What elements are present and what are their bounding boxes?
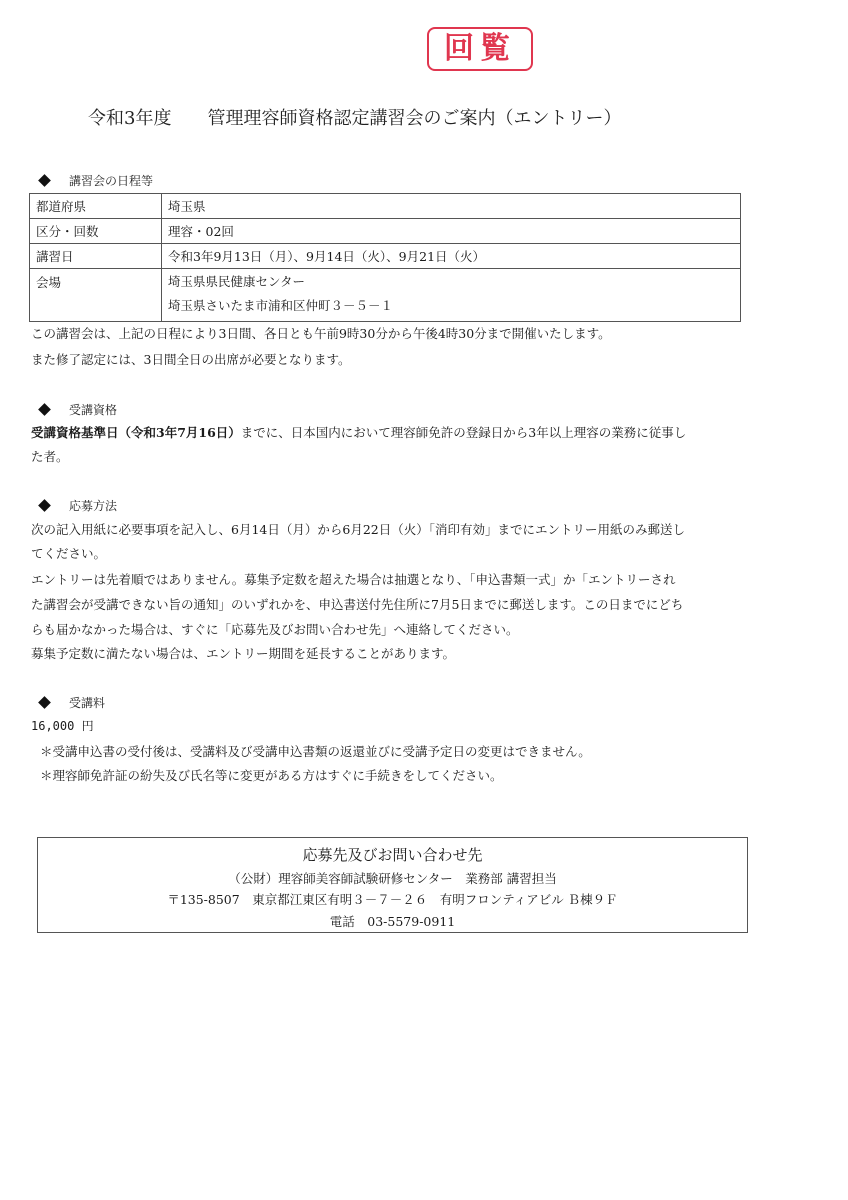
row-value: 埼玉県県民健康センター 埼玉県さいたま市浦和区仲町３－５－１: [162, 269, 741, 322]
table-row: 区分・回数 理容・02回: [30, 219, 741, 244]
title-main: 管理理容師資格認定講習会のご案内（エントリー）: [207, 108, 621, 129]
application-text: 募集予定数に満たない場合は、エントリー期間を延長することがあります。: [31, 644, 455, 662]
table-row: 講習日 令和3年9月13日（月）、9月14日（火）、9月21日（火）: [30, 244, 741, 269]
application-text: らも届かなかった場合は、すぐに「応募先及びお問い合わせ先」へ連絡してください。: [31, 620, 519, 638]
row-value: 埼玉県: [162, 194, 741, 219]
section-heading-fee: 受講料: [38, 694, 105, 711]
section-heading-application: 応募方法: [38, 497, 117, 514]
table-row: 会場 埼玉県県民健康センター 埼玉県さいたま市浦和区仲町３－５－１: [30, 269, 741, 322]
eligibility-text: 受講資格基準日（令和3年7月16日）までに、日本国内において理容師免許の登録日か…: [31, 423, 686, 441]
schedule-note: また修了認定には、3日間全日の出席が必要となります。: [31, 350, 350, 368]
contact-phone: 電話 03-5579-0911: [38, 912, 747, 930]
section-heading-text: 応募方法: [69, 497, 117, 514]
schedule-table: 都道府県 埼玉県 区分・回数 理容・02回 講習日 令和3年9月13日（月）、9…: [29, 193, 741, 322]
section-heading-text: 受講資格: [69, 401, 117, 418]
diamond-bullet-icon: [38, 696, 51, 709]
venue-address: 埼玉県さいたま市浦和区仲町３－５－１: [168, 297, 734, 321]
fee-note: ＊受講申込書の受付後は、受講料及び受講申込書類の返還並びに受講予定日の変更はでき…: [40, 742, 591, 760]
application-text: 次の記入用紙に必要事項を記入し、6月14日（月）から6月22日（火）「消印有効」…: [31, 520, 685, 538]
section-heading-text: 受講料: [69, 694, 105, 711]
eligibility-base-date: 受講資格基準日（令和3年7月16日）: [31, 425, 241, 440]
section-heading-text: 講習会の日程等: [69, 172, 153, 189]
contact-organization: （公財）理容師美容師試験研修センター 業務部 講習担当: [38, 869, 747, 887]
table-row: 都道府県 埼玉県: [30, 194, 741, 219]
eligibility-text: た者。: [31, 447, 69, 465]
fee-amount: 16,000 円: [31, 717, 94, 734]
diamond-bullet-icon: [38, 174, 51, 187]
row-label: 会場: [30, 269, 162, 322]
row-label: 講習日: [30, 244, 162, 269]
application-text: エントリーは先着順ではありません。募集予定数を超えた場合は抽選となり、「申込書類…: [31, 570, 676, 588]
contact-box: 応募先及びお問い合わせ先 （公財）理容師美容師試験研修センター 業務部 講習担当…: [37, 837, 748, 933]
circulation-stamp: 回覧: [427, 27, 533, 71]
application-text: てください。: [31, 544, 106, 562]
application-text: た講習会が受講できない旨の通知」のいずれかを、申込書送付先住所に7月5日までに郵…: [31, 595, 683, 613]
row-value: 令和3年9月13日（月）、9月14日（火）、9月21日（火）: [162, 244, 741, 269]
diamond-bullet-icon: [38, 499, 51, 512]
fee-note: ＊理容師免許証の紛失及び氏名等に変更がある方はすぐに手続きをしてください。: [40, 766, 503, 784]
row-value: 理容・02回: [162, 219, 741, 244]
row-label: 区分・回数: [30, 219, 162, 244]
section-heading-schedule: 講習会の日程等: [38, 172, 153, 189]
title-year: 令和3年度: [88, 108, 171, 129]
row-label: 都道府県: [30, 194, 162, 219]
schedule-note: この講習会は、上記の日程により3日間、各日とも午前9時30分から午後4時30分ま…: [31, 324, 611, 342]
document-title: 令和3年度管理理容師資格認定講習会のご案内（エントリー）: [88, 104, 621, 130]
contact-heading: 応募先及びお問い合わせ先: [38, 844, 747, 865]
contact-address: 〒135-8507 東京都江東区有明３－７－２６ 有明フロンティアビル Ｂ棟９Ｆ: [38, 890, 747, 908]
venue-name: 埼玉県県民健康センター: [168, 273, 734, 297]
section-heading-eligibility: 受講資格: [38, 401, 117, 418]
diamond-bullet-icon: [38, 403, 51, 416]
